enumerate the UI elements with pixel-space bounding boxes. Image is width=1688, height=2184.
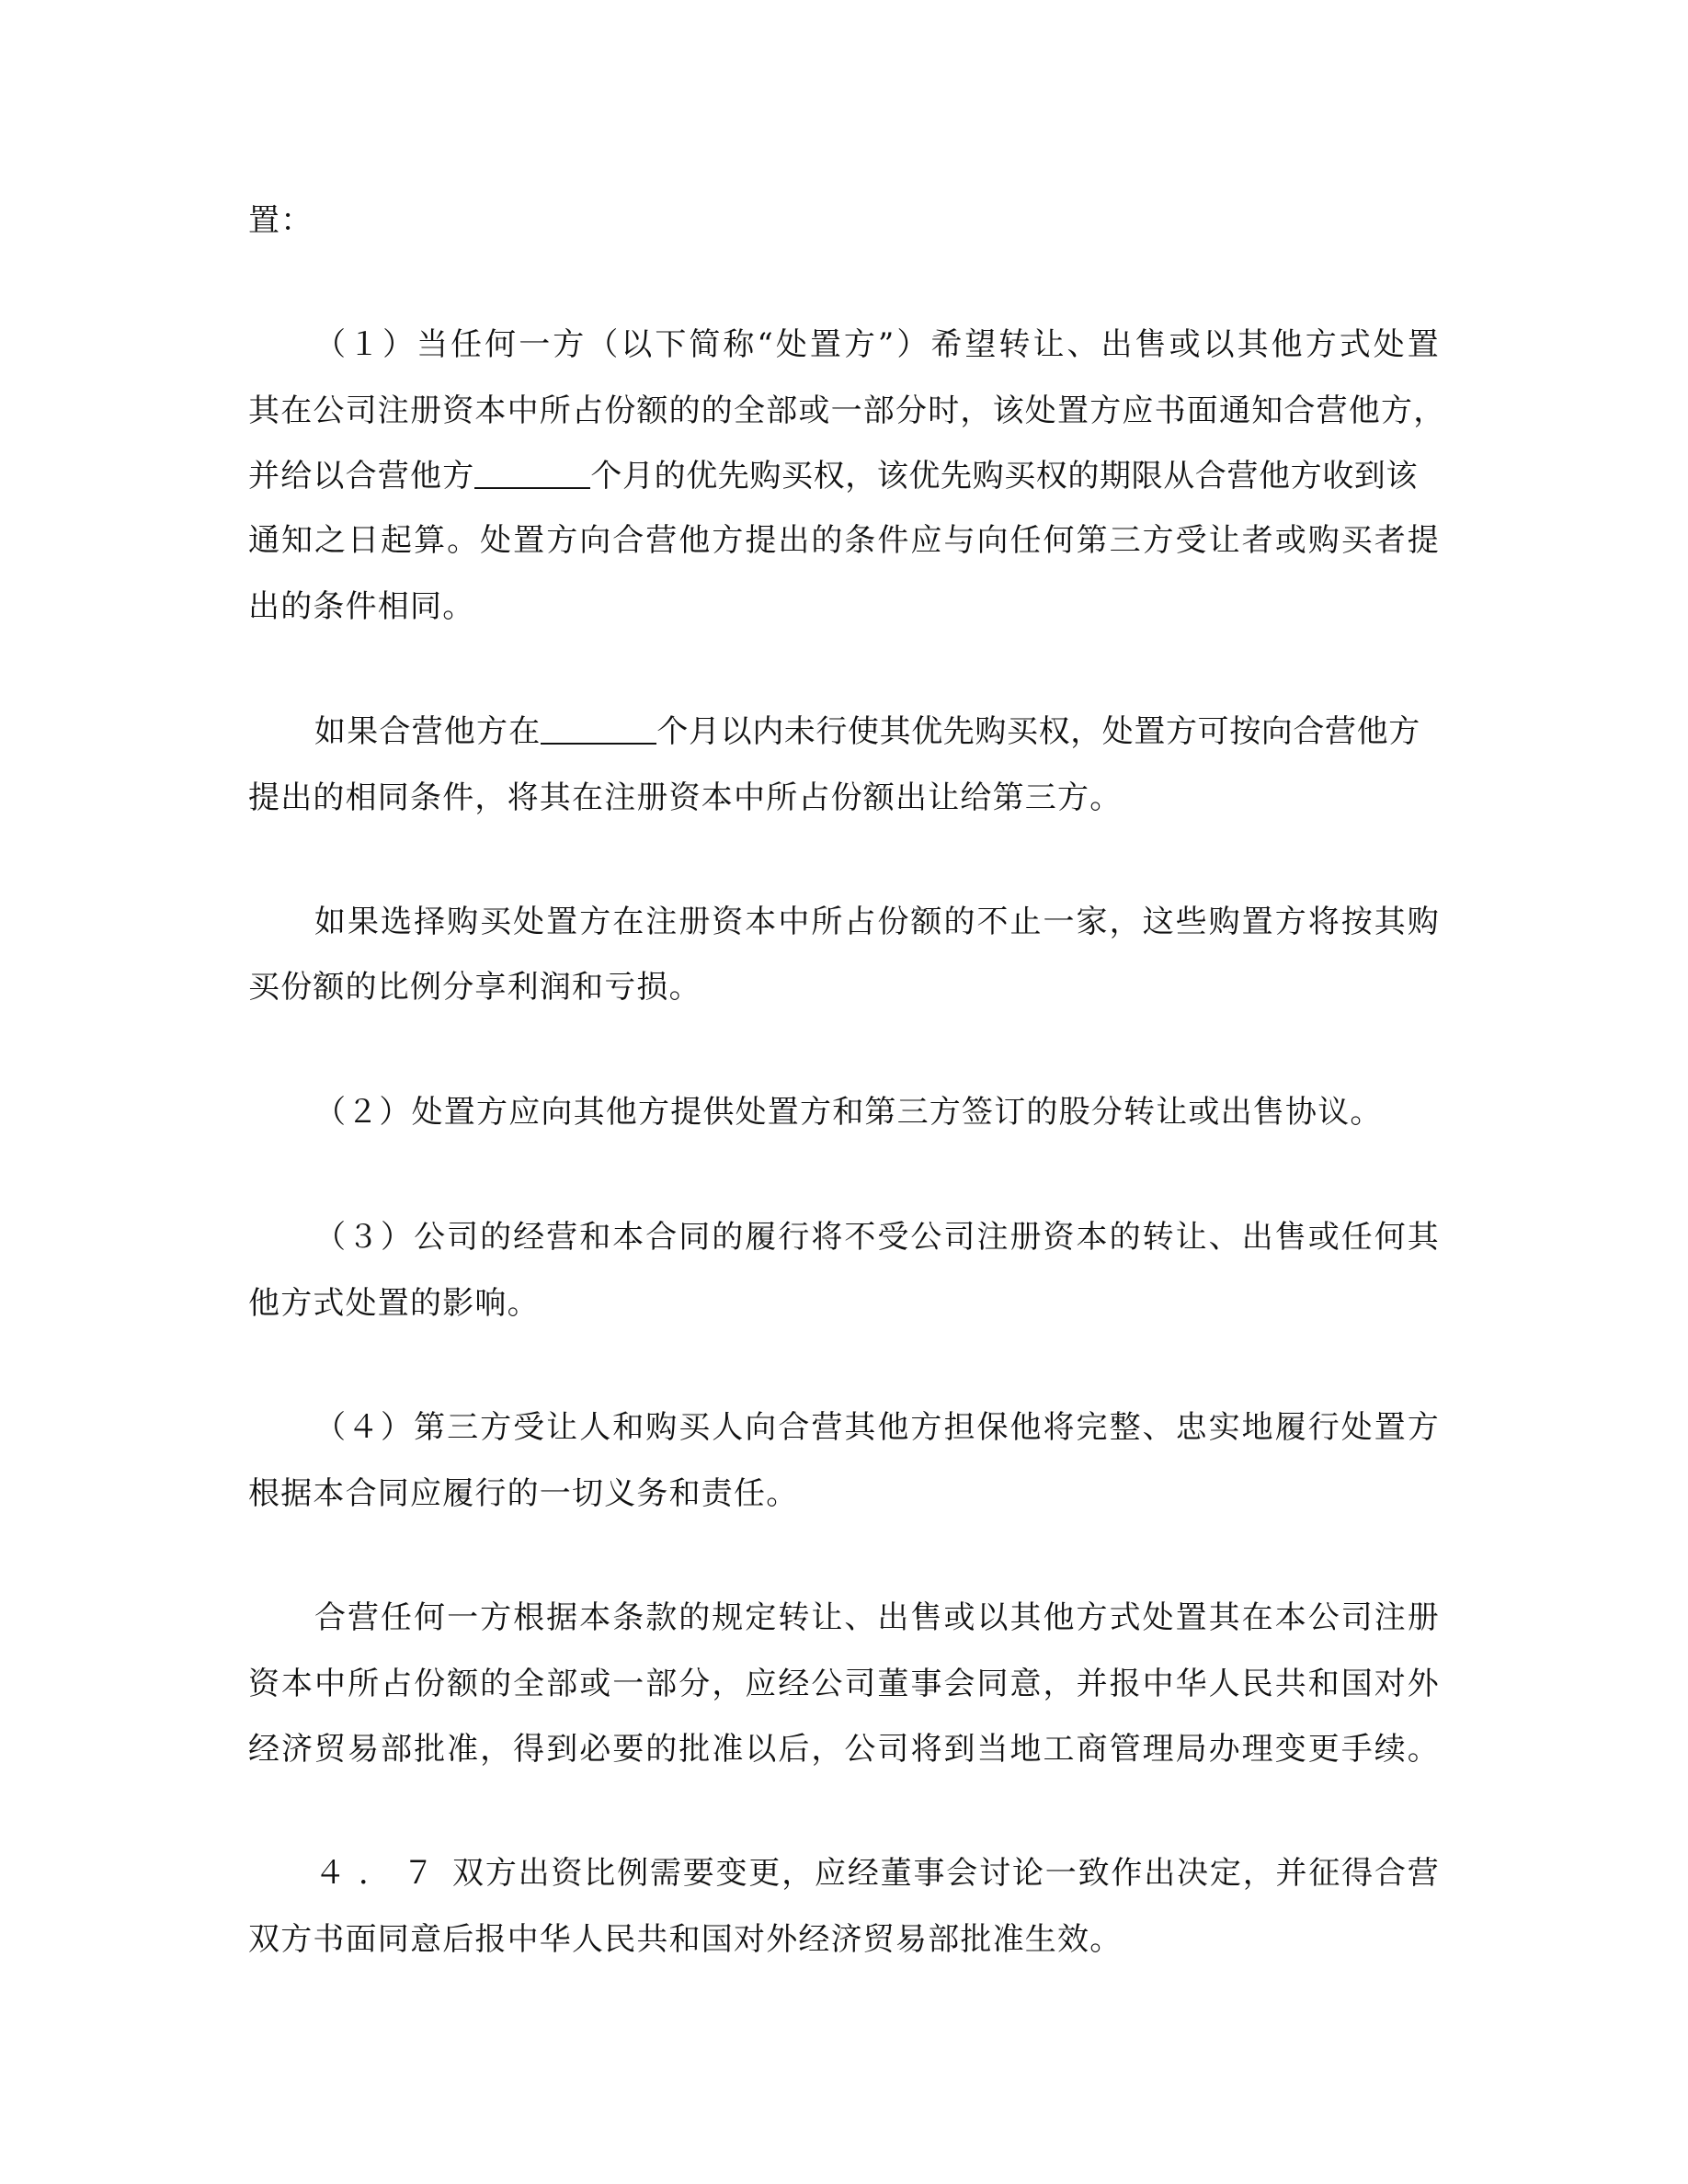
section-number: ４．７ <box>314 1851 447 1895</box>
paragraph-line-with-blank: 如果合营他方在个月以内未行使其优先购买权，处置方可按向合营他方 <box>248 710 1440 754</box>
paragraph-text: 双方出资比例需要变更，应经董事会讨论一致作出决定，并征得合营 <box>447 1851 1440 1895</box>
paragraph-line: ４．７ 双方出资比例需要变更，应经董事会讨论一致作出决定，并征得合营 <box>248 1851 1440 1895</box>
paragraph-line: 经济贸易部批准，得到必要的批准以后，公司将到当地工商管理局办理变更手续。 <box>248 1727 1440 1771</box>
paragraph-line: 如果选择购买处置方在注册资本中所占份额的不止一家，这些购置方将按其购 <box>248 900 1440 944</box>
paragraph-line: 提出的相同条件，将其在注册资本中所占份额出让给第三方。 <box>248 776 1440 820</box>
document-page: 置： （１）当任何一方（以下简称“处置方”）希望转让、出售或以其他方式处置 其在… <box>0 0 1688 2184</box>
paragraph-line: （３）公司的经营和本合同的履行将不受公司注册资本的转让、出售或任何其 <box>248 1215 1440 1259</box>
paragraph-line: 买份额的比例分享利润和亏损。 <box>248 965 1440 1009</box>
paragraph-line: 他方式处置的影响。 <box>248 1281 1440 1325</box>
paragraph-line: （１）当任何一方（以下简称“处置方”）希望转让、出售或以其他方式处置 <box>248 323 1440 367</box>
paragraph-line: 合营任何一方根据本条款的规定转让、出售或以其他方式处置其在本公司注册 <box>248 1596 1440 1640</box>
paragraph-line: 资本中所占份额的全部或一部分，应经公司董事会同意，并报中华人民共和国对外 <box>248 1662 1440 1706</box>
paragraph-line: 其在公司注册资本中所占份额的的全部或一部分时，该处置方应书面通知合营他方， <box>248 389 1440 433</box>
fill-in-blank-months[interactable] <box>541 710 656 745</box>
paragraph-text: 并给以合营他方 <box>248 458 474 495</box>
paragraph-line: 出的条件相同。 <box>248 585 1440 629</box>
paragraph-text: 个月的优先购买权，该优先购买权的期限从合营他方收到该 <box>590 458 1418 495</box>
paragraph-line: 双方书面同意后报中华人民共和国对外经济贸易部批准生效。 <box>248 1917 1440 1962</box>
paragraph-line: （４）第三方受让人和购买人向合营其他方担保他将完整、忠实地履行处置方 <box>248 1405 1440 1450</box>
paragraph-line: （２）处置方应向其他方提供处置方和第三方签订的股分转让或出售协议。 <box>248 1090 1440 1134</box>
paragraph-line-with-blank: 并给以合营他方个月的优先购买权，该优先购买权的期限从合营他方收到该 <box>248 454 1440 498</box>
paragraph-line: 通知之日起算。处置方向合营他方提出的条件应与向任何第三方受让者或购买者提 <box>248 518 1440 563</box>
paragraph-line: 根据本合同应履行的一切义务和责任。 <box>248 1472 1440 1516</box>
lead-fragment: 置： <box>248 199 1440 243</box>
paragraph-text: 如果合营他方在 <box>314 713 541 750</box>
fill-in-blank-months[interactable] <box>474 454 590 489</box>
paragraph-text: 个月以内未行使其优先购买权，处置方可按向合营他方 <box>656 713 1420 750</box>
